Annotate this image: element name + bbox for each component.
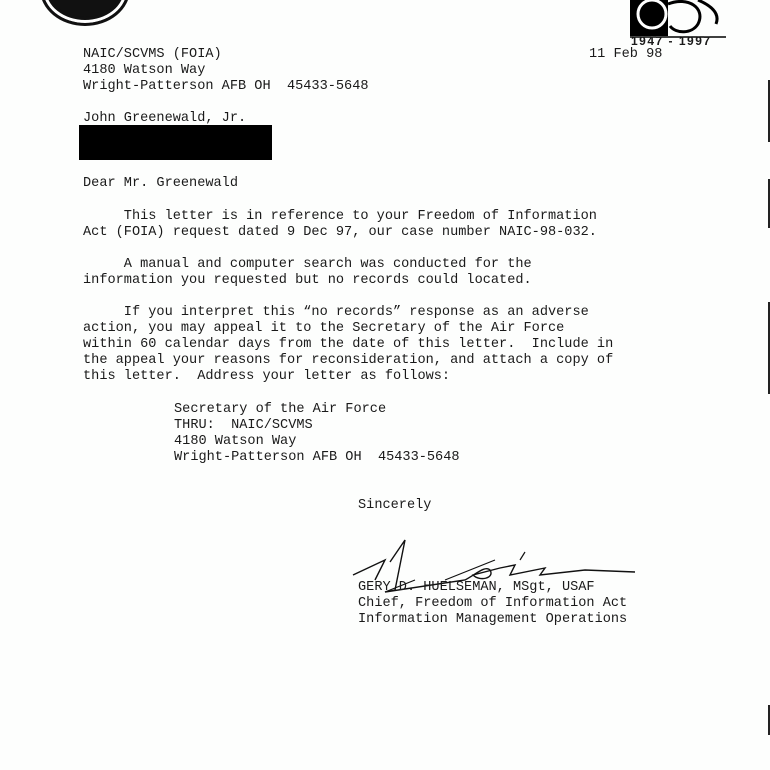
sender-line: Wright-Patterson AFB OH 45433-5648 (83, 79, 369, 95)
body-line: the appeal your reasons for reconsiderat… (83, 353, 613, 369)
signer-office: Information Management Operations (358, 612, 627, 628)
body-line: within 60 calendar days from the date of… (83, 337, 613, 353)
signer-title: Chief, Freedom of Information Act (358, 596, 627, 612)
valediction: Sincerely (358, 498, 431, 514)
body-line: information you requested but no records… (83, 273, 532, 289)
signer-name: GERY D. HUELSEMAN, MSgt, USAF (358, 580, 595, 596)
department-seal-icon (40, 0, 130, 26)
body-line: this letter. Address your letter as foll… (83, 369, 450, 385)
body-line: Act (FOIA) request dated 9 Dec 97, our c… (83, 225, 597, 241)
body-line: action, you may appeal it to the Secreta… (83, 321, 564, 337)
body-line: This letter is in reference to your Free… (83, 209, 597, 225)
appeal-address-line: THRU: NAIC/SCVMS (174, 418, 313, 434)
appeal-address-line: 4180 Watson Way (174, 434, 296, 450)
sender-line: NAIC/SCVMS (FOIA) (83, 47, 222, 63)
appeal-address-line: Secretary of the Air Force (174, 402, 386, 418)
salutation: Dear Mr. Greenewald (83, 176, 238, 192)
body-line: If you interpret this “no records” respo… (83, 305, 589, 321)
appeal-address-line: Wright-Patterson AFB OH 45433-5648 (174, 450, 460, 466)
body-line: A manual and computer search was conduct… (83, 257, 532, 273)
letter-date: 11 Feb 98 (589, 47, 662, 63)
redacted-recipient-address (79, 125, 272, 160)
sender-line: 4180 Watson Way (83, 63, 205, 79)
